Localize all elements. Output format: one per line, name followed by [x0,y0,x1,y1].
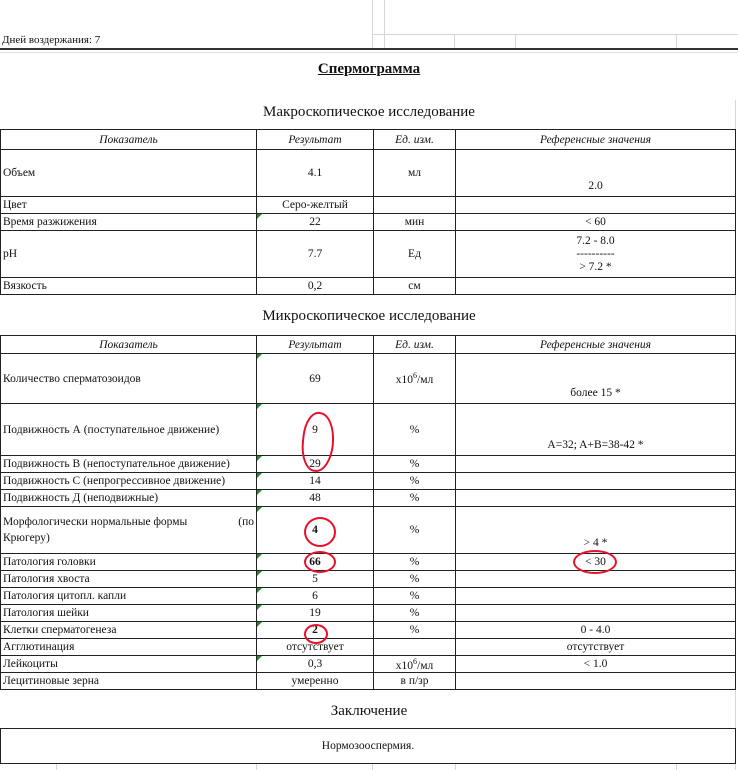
unit-cell: см [374,278,456,295]
indicator-cell: Лейкоциты [1,656,257,673]
result-cell: 19 [257,605,374,622]
reference-cell [456,278,736,295]
table-row: Цвет Серо-желтый [1,197,736,214]
table-row: Вязкость 0,2 см [1,278,736,295]
table-row: Лейкоциты 0,3 x106/мл < 1.0 [1,656,736,673]
indicator-cell: Патология цитопл. капли [1,588,257,605]
macro-section-title: Макроскопическое исследование [0,104,738,121]
table-row: Патология головки 66 % < 30 [1,554,736,571]
table-row: Патология шейки 19 % [1,605,736,622]
reference-cell [456,197,736,214]
unit-cell: % [374,554,456,571]
grid-line [676,764,677,770]
unit-base: x10 [396,659,413,671]
unit-suffix: /мл [417,374,433,386]
reference-cell [456,673,736,690]
indicator-cell: Объем [1,150,257,197]
result-cell: 4.1 [257,150,374,197]
result-cell: 2 [257,622,374,639]
table-row: Морфологически нормальные формы(по Крюге… [1,507,736,554]
result-cell: 69 [257,354,374,404]
document-title: Спермограмма [0,61,738,78]
indicator-cell: pH [1,231,257,278]
result-cell: 22 [257,214,374,231]
reference-cell: < 30 [456,554,736,571]
result-cell: 5 [257,571,374,588]
reference-cell [456,571,736,588]
indicator-cell: Лецитиновые зерна [1,673,257,690]
col-header-unit: Ед. изм. [374,336,456,354]
result-cell: 14 [257,473,374,490]
indicator-cell: Патология шейки [1,605,257,622]
reference-cell: 0 - 4.0 [456,622,736,639]
col-header-indicator: Показатель [1,130,257,150]
result-cell: 29 [257,456,374,473]
table-row: Подвижность А (поступательное движение) … [1,404,736,456]
grid-line [384,0,385,48]
table-row: Количество сперматозоидов 69 x106/мл бол… [1,354,736,404]
indicator-text: Морфологически нормальные формы [3,514,187,530]
unit-cell: x106/мл [374,354,456,404]
reference-cell: отсутствует [456,639,736,656]
table-row: Лецитиновые зерна умеренно в п/зр [1,673,736,690]
unit-suffix: /мл [417,659,433,671]
micro-table: Показатель Результат Ед. изм. Референсны… [0,335,736,690]
indicator-cell: Вязкость [1,278,257,295]
col-header-result: Результат [257,130,374,150]
reference-cell [456,473,736,490]
conclusion-title: Заключение [0,703,738,720]
unit-cell: % [374,622,456,639]
indicator-text: Крюгеру) [3,530,254,546]
table-row: Патология хвоста 5 % [1,571,736,588]
reference-cell [456,588,736,605]
unit-base: x10 [396,374,413,386]
result-cell: 6 [257,588,374,605]
reference-line: > 7.2 * [458,261,733,274]
result-cell: 7.7 [257,231,374,278]
macro-table: Показатель Результат Ед. изм. Референсны… [0,129,736,295]
unit-cell: % [374,588,456,605]
result-cell: 0,3 [257,656,374,673]
unit-cell: % [374,605,456,622]
unit-cell [374,639,456,656]
unit-cell [374,197,456,214]
table-header-row: Показатель Результат Ед. изм. Референсны… [1,336,736,354]
indicator-cell: Агглютинация [1,639,257,656]
table-row: Объем 4.1 мл 2.0 [1,150,736,197]
reference-cell: 7.2 - 8.0 ---------- > 7.2 * [456,231,736,278]
divider [0,48,738,50]
col-header-indicator: Показатель [1,336,257,354]
reference-cell [456,456,736,473]
unit-cell: мин [374,214,456,231]
unit-cell: % [374,456,456,473]
grid-line [372,764,373,770]
table-row: Патология цитопл. капли 6 % [1,588,736,605]
unit-cell: Ед [374,231,456,278]
result-cell: 4 [257,507,374,554]
grid-line [372,0,373,48]
indicator-cell: Морфологически нормальные формы(по Крюге… [1,507,257,554]
unit-cell: % [374,473,456,490]
grid-line [515,34,516,48]
conclusion-box: Нормозооспермия. [0,728,736,764]
reference-cell [456,490,736,507]
result-cell: 9 [257,404,374,456]
unit-cell: % [374,404,456,456]
unit-cell: % [374,571,456,588]
result-cell: отсутствует [257,639,374,656]
grid-line [454,34,455,48]
unit-cell: x106/мл [374,656,456,673]
table-row: Время разжижения 22 мин < 60 [1,214,736,231]
divider [0,52,738,53]
reference-cell: 2.0 [456,150,736,197]
col-header-unit: Ед. изм. [374,130,456,150]
grid-line [256,764,257,770]
reference-line: 7.2 - 8.0 [458,235,733,248]
col-header-result: Результат [257,336,374,354]
unit-cell: % [374,490,456,507]
col-header-reference: Референсные значения [456,336,736,354]
reference-cell: < 60 [456,214,736,231]
grid-line [372,34,738,35]
table-row: Агглютинация отсутствует отсутствует [1,639,736,656]
indicator-cell: Подвижность С (непрогрессивное движение) [1,473,257,490]
indicator-cell: Подвижность А (поступательное движение) [1,404,257,456]
table-row: Подвижность С (непрогрессивное движение)… [1,473,736,490]
indicator-cell: Клетки сперматогенеза [1,622,257,639]
result-cell: 0,2 [257,278,374,295]
abstinence-days: Дней воздержания: 7 [2,34,100,46]
grid-line [676,34,677,48]
reference-cell: > 4 * [456,507,736,554]
table-row: Подвижность Д (неподвижные) 48 % [1,490,736,507]
result-cell: 66 [257,554,374,571]
reference-line: ---------- [458,248,733,261]
table-row: Клетки сперматогенеза 2 % 0 - 4.0 [1,622,736,639]
indicator-cell: Патология хвоста [1,571,257,588]
result-cell: Серо-желтый [257,197,374,214]
micro-section-title: Микроскопическое исследование [0,308,738,325]
indicator-text: (по [238,514,254,530]
indicator-cell: Подвижность Д (неподвижные) [1,490,257,507]
table-row: Подвижность В (непоступательное движение… [1,456,736,473]
conclusion-text: Нормозооспермия. [322,740,414,752]
indicator-cell: Количество сперматозоидов [1,354,257,404]
reference-cell [456,605,736,622]
result-cell: 48 [257,490,374,507]
result-cell: умеренно [257,673,374,690]
unit-cell: % [374,507,456,554]
indicator-cell: Цвет [1,197,257,214]
grid-line [455,764,456,770]
reference-cell: A=32; A+B=38-42 * [456,404,736,456]
col-header-reference: Референсные значения [456,130,736,150]
indicator-cell: Подвижность В (непоступательное движение… [1,456,257,473]
indicator-cell: Патология головки [1,554,257,571]
reference-cell: более 15 * [456,354,736,404]
reference-cell: < 1.0 [456,656,736,673]
table-row: pH 7.7 Ед 7.2 - 8.0 ---------- > 7.2 * [1,231,736,278]
table-header-row: Показатель Результат Ед. изм. Референсны… [1,130,736,150]
indicator-cell: Время разжижения [1,214,257,231]
unit-cell: в п/зр [374,673,456,690]
unit-cell: мл [374,150,456,197]
grid-line [56,764,57,770]
